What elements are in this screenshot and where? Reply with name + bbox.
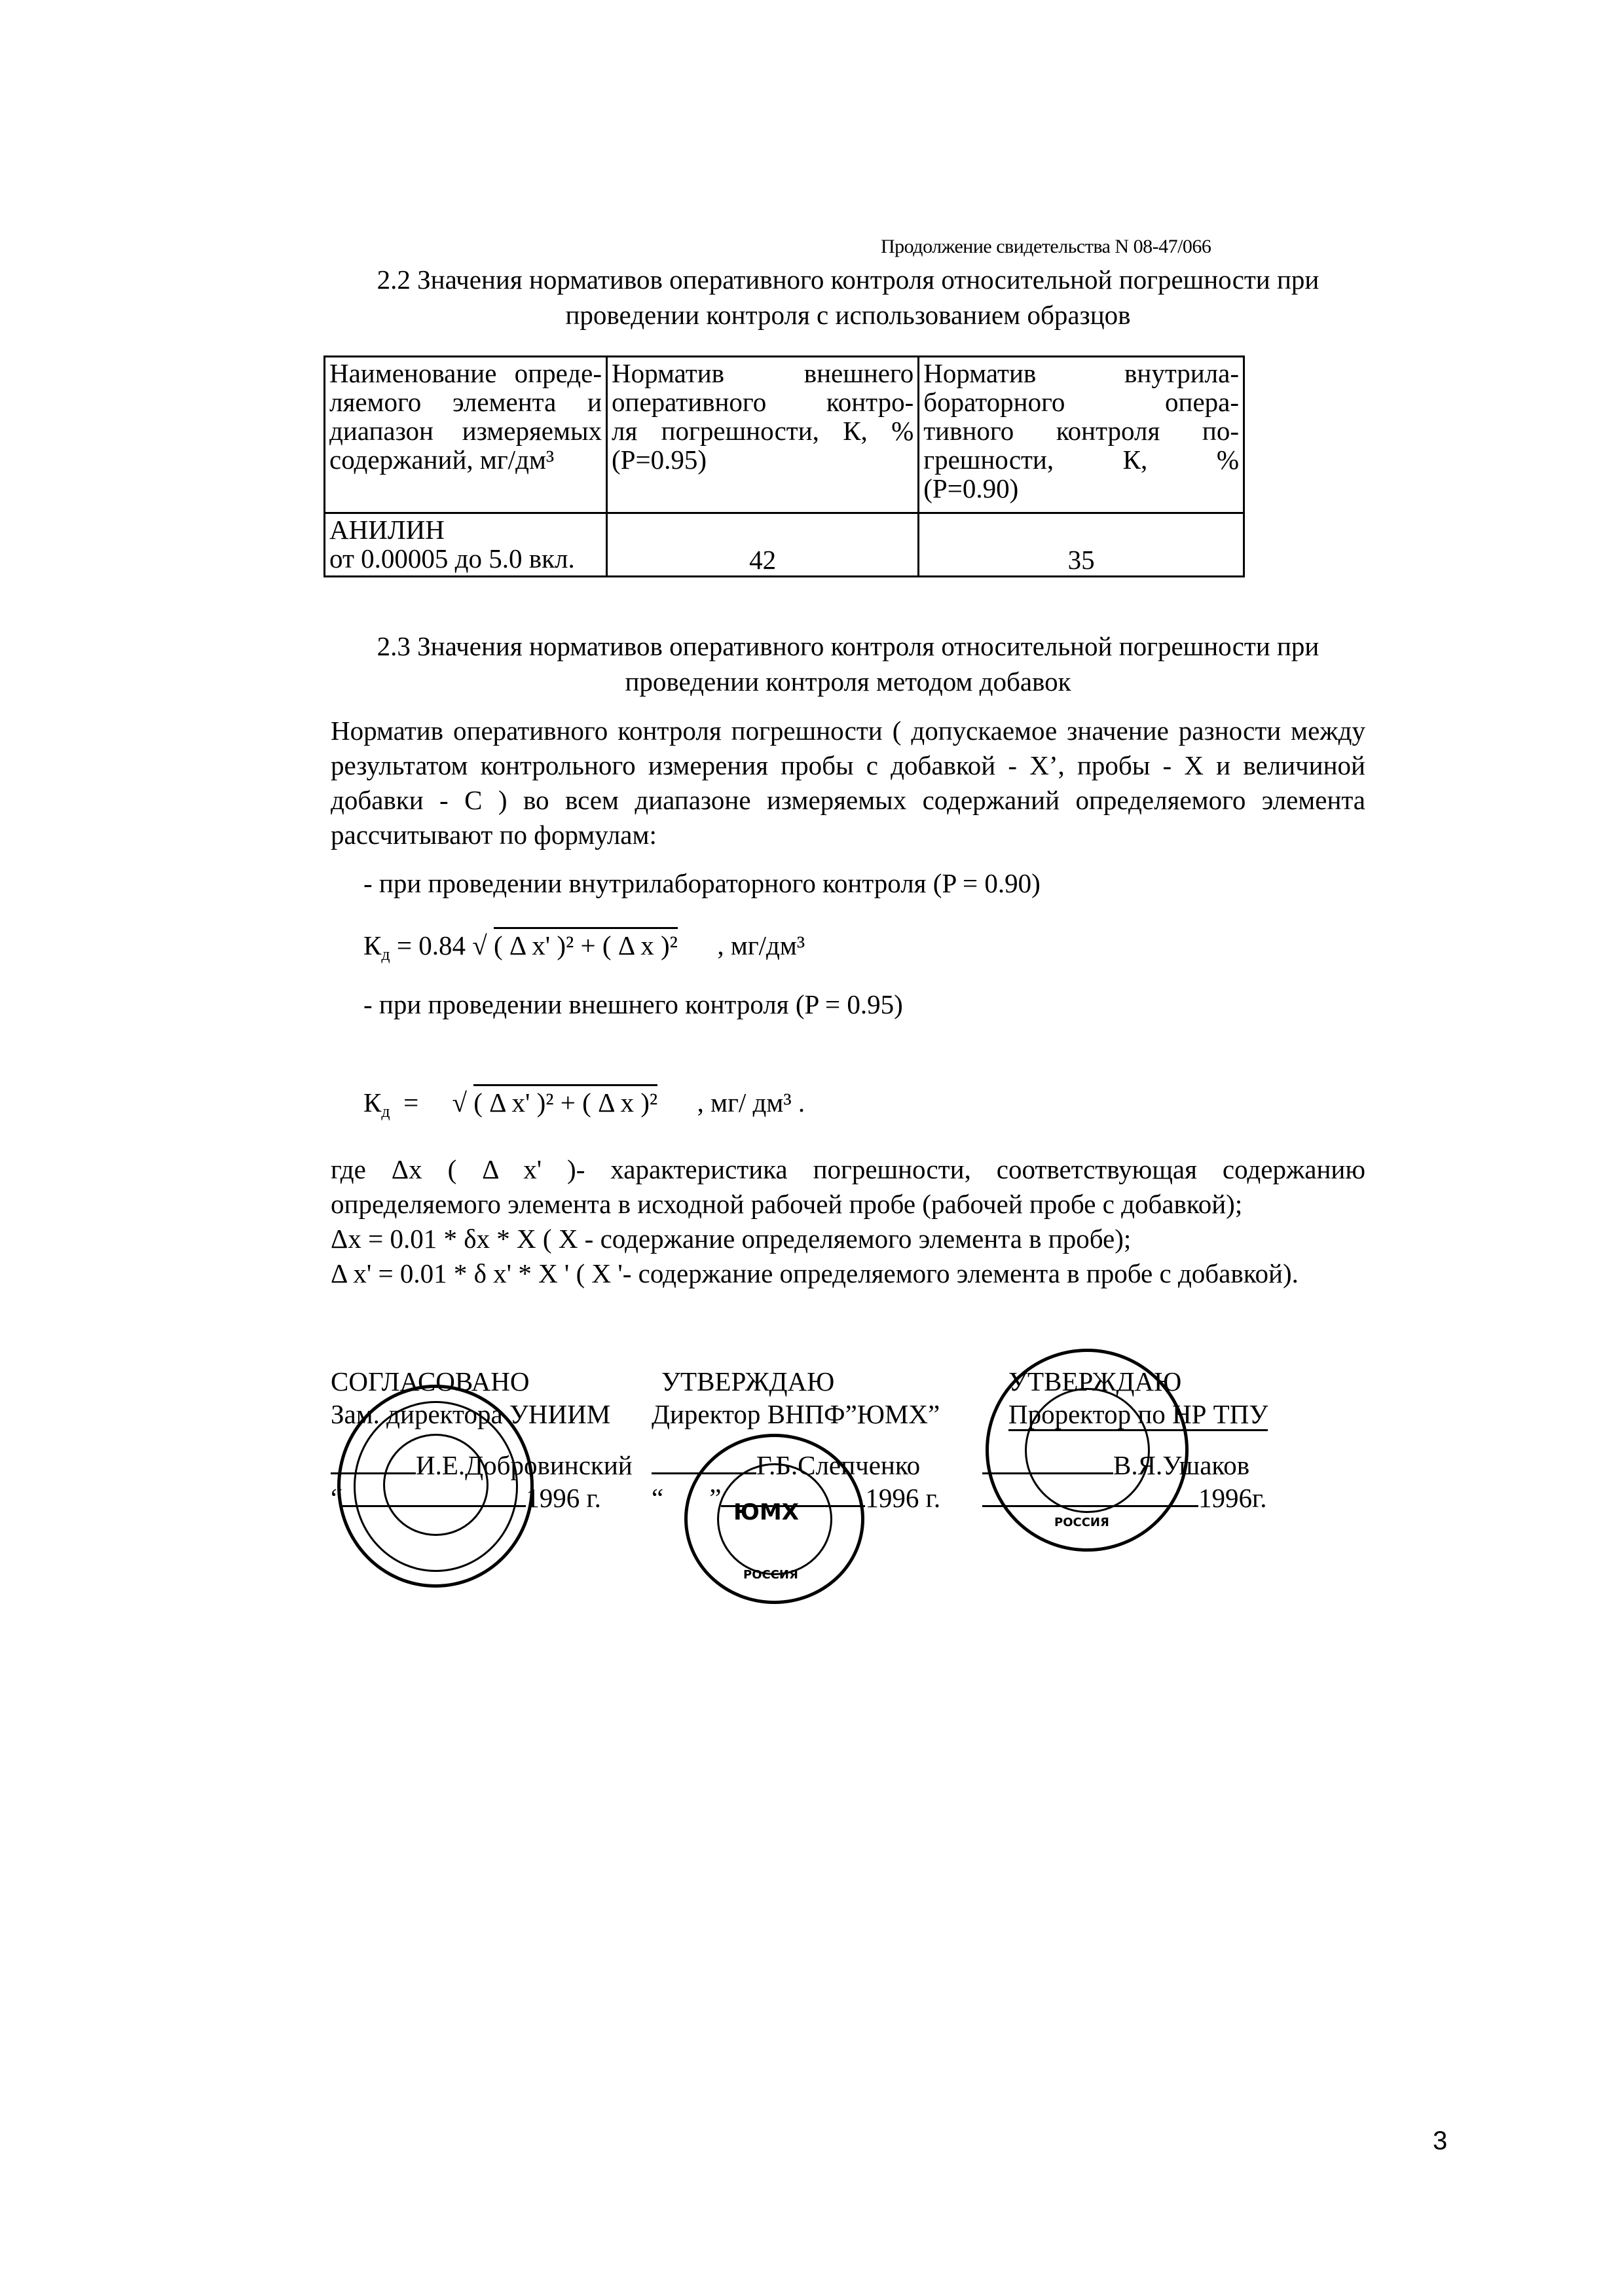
signature-date: 1996г. <box>1198 1483 1266 1513</box>
formula-lhs: К <box>363 930 381 960</box>
element-name: АНИЛИН <box>329 515 602 544</box>
cell-external-norm: 42 <box>607 513 919 577</box>
formula-radicand: ( Δ x' )² + ( Δ x )² <box>473 1084 657 1118</box>
formula-lhs-sub: д <box>381 1102 390 1121</box>
element-range: от 0.00005 до 5.0 вкл. <box>329 544 602 573</box>
table-row: АНИЛИН от 0.00005 до 5.0 вкл. 42 35 <box>325 513 1244 577</box>
stamp-tpu: РОССИЯ <box>986 1349 1189 1552</box>
where-line-2: Δx = 0.01 * δx * X ( X - содержание опре… <box>331 1222 1365 1256</box>
section-2-2-title-line2: проведении контроля с использованием обр… <box>314 297 1382 333</box>
header-internal-norm: Норматив внутрила- бораторного опера- ти… <box>919 357 1244 513</box>
formula-radicand: ( Δ x' )² + ( Δ x )² <box>494 927 678 960</box>
formula-external: Кд = √ ( Δ x' )² + ( Δ x )² , мг/ дм³ . <box>363 1087 805 1121</box>
formula-lhs-sub: д <box>381 945 390 964</box>
where-line-3: Δ x' = 0.01 * δ x' * X ' ( X '- содержан… <box>331 1256 1365 1291</box>
date-open-quote: “ <box>652 1483 663 1513</box>
header-element-range: Наименование опреде- ляемого элемента и … <box>325 357 607 513</box>
norms-table: Наименование опреде- ляемого элемента и … <box>323 355 1245 577</box>
header-external-norm: Норматив внешнего оперативного контро- л… <box>607 357 919 513</box>
formula-units: , мг/дм³ <box>717 930 805 960</box>
bullet-external-control: - при проведении внешнего контроля (P = … <box>363 989 903 1020</box>
bullet-internal-control: - при проведении внутрилабораторного кон… <box>363 867 1041 899</box>
formula-units: , мг/ дм³ . <box>697 1087 805 1118</box>
stamp-umh: ЮМХ РОССИЯ <box>684 1434 864 1604</box>
intro-paragraph: Норматив оперативного контроля погрешнос… <box>331 714 1365 852</box>
section-2-3-title: 2.3 Значения нормативов оперативного кон… <box>314 629 1382 699</box>
page-number: 3 <box>1433 2126 1447 2156</box>
signature-date: 1996 г. <box>526 1483 601 1513</box>
section-2-2-title: 2.2 Значения нормативов оперативного кон… <box>314 262 1382 333</box>
signature-heading: СОГЛАСОВАНО <box>331 1365 633 1398</box>
signature-date: 1996 г. <box>865 1483 940 1513</box>
cell-element: АНИЛИН от 0.00005 до 5.0 вкл. <box>325 513 607 577</box>
where-explanation: где Δx ( Δ x' )- характеристика погрешно… <box>331 1152 1365 1291</box>
signature-heading: УТВЕРЖДАЮ <box>652 1365 940 1398</box>
section-2-3-title-line2: проведении контроля методом добавок <box>314 664 1382 699</box>
formula-internal: Кд = 0.84 √ ( Δ x' )² + ( Δ x )² , мг/дм… <box>363 930 805 964</box>
signature-position: Директор ВНПФ”ЮМХ” <box>652 1398 940 1430</box>
stamp-uniim <box>337 1385 534 1588</box>
cell-internal-norm: 35 <box>919 513 1244 577</box>
table-header-row: Наименование опреде- ляемого элемента и … <box>325 357 1244 513</box>
formula-eq: = 0.84 √ <box>397 930 487 960</box>
section-2-3-title-line1: 2.3 Значения нормативов оперативного кон… <box>314 629 1382 664</box>
formula-eq: = √ <box>397 1087 467 1118</box>
section-2-2-title-line1: 2.2 Значения нормативов оперативного кон… <box>314 262 1382 297</box>
continuation-note: Продолжение свидетельства N 08-47/066 <box>881 236 1211 258</box>
formula-lhs: К <box>363 1087 381 1118</box>
where-line-1: где Δx ( Δ x' )- характеристика погрешно… <box>331 1152 1365 1222</box>
